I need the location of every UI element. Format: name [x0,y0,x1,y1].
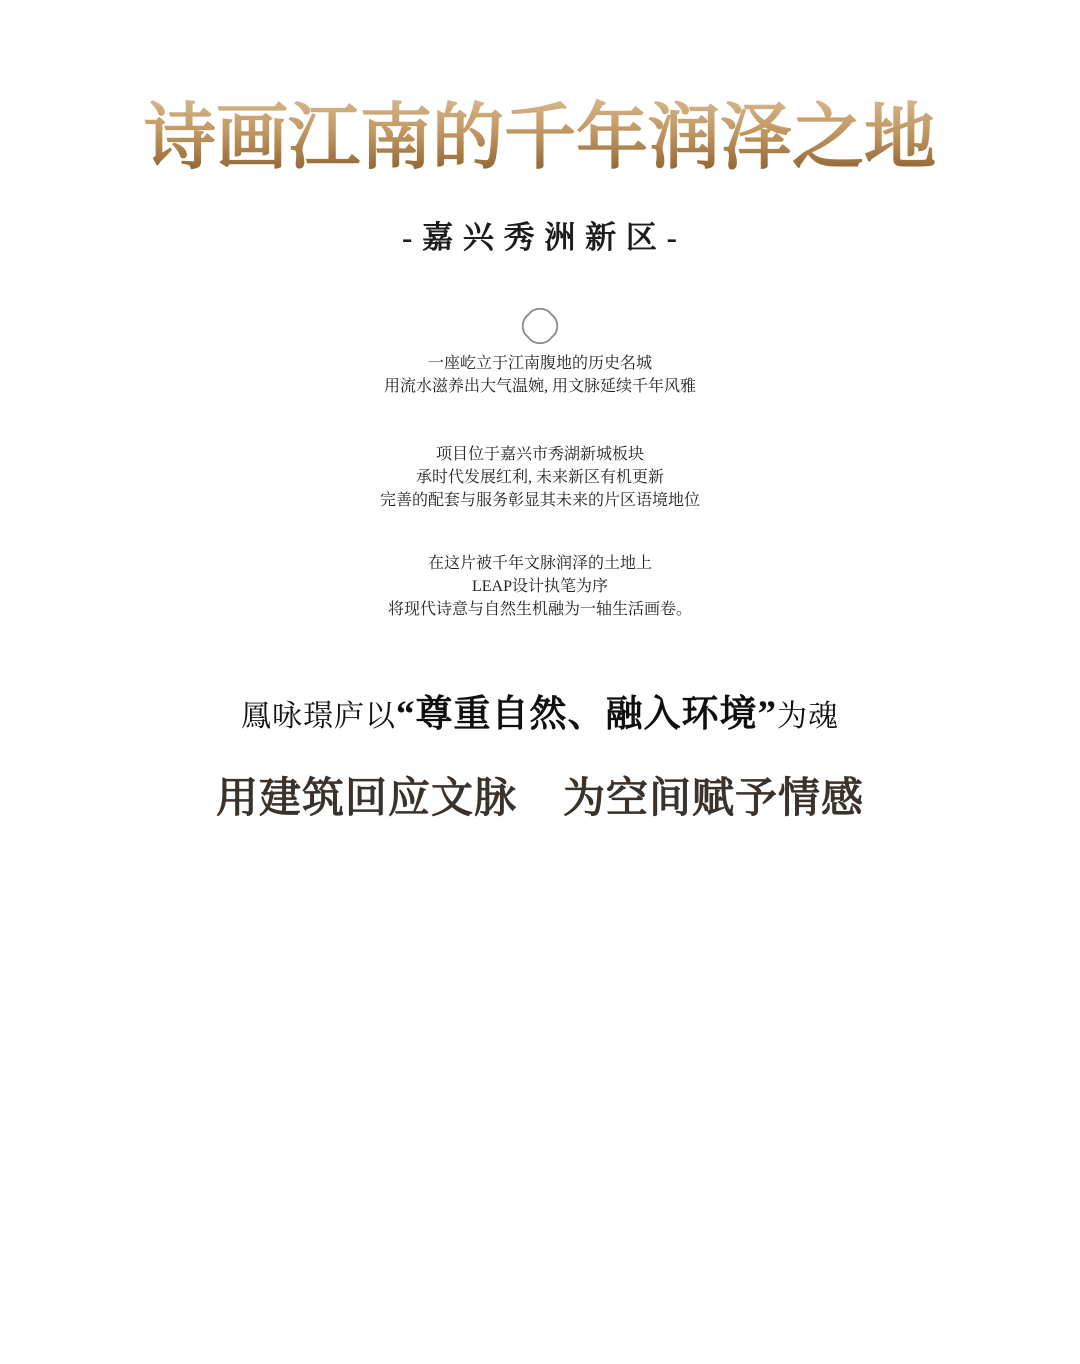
paragraph-line: 一座屹立于江南腹地的历史名城 [0,350,1080,373]
slogan-line: 鳳咏璟庐以“尊重自然、融入环境”为魂 [0,685,1080,747]
paragraph-line: 完善的配套与服务彰显其未来的片区语境地位 [0,487,1080,510]
tagline: 用建筑回应文脉 为空间赋予情感 [0,761,1080,837]
divider-ornament [0,308,1080,344]
slogan-suffix: 为魂 [777,700,839,733]
paragraph-line: 承时代发展红利, 未来新区有机更新 [0,464,1080,487]
page-title: 诗画江南的千年润泽之地 [0,86,1080,190]
quatrefoil-icon [522,308,558,344]
paragraph-line: 在这片被千年文脉润泽的土地上 [0,550,1080,573]
open-quote: “ [396,694,416,735]
tagline-part-2: 为空间赋予情感 [563,761,864,837]
paragraph-line: LEAP设计执笔为序 [0,573,1080,596]
paragraph-line: 项目位于嘉兴市秀湖新城板块 [0,441,1080,464]
article-page: 诗画江南的千年润泽之地 - 嘉 兴 秀 洲 新 区 - 一座屹立于江南腹地的历史… [0,0,1080,1364]
tagline-part-1: 用建筑回应文脉 [216,761,517,837]
paragraph-line: 用流水滋养出大气温婉, 用文脉延续千年风雅 [0,373,1080,396]
subtitle: - 嘉 兴 秀 洲 新 区 - [0,216,1080,260]
slogan-prefix: 鳳咏璟庐以 [241,700,396,733]
close-quote: ” [758,694,778,735]
slogan-emphasis: 尊重自然、融入环境 [416,694,758,735]
paragraph-line: 将现代诗意与自然生机融为一轴生活画卷。 [0,596,1080,619]
